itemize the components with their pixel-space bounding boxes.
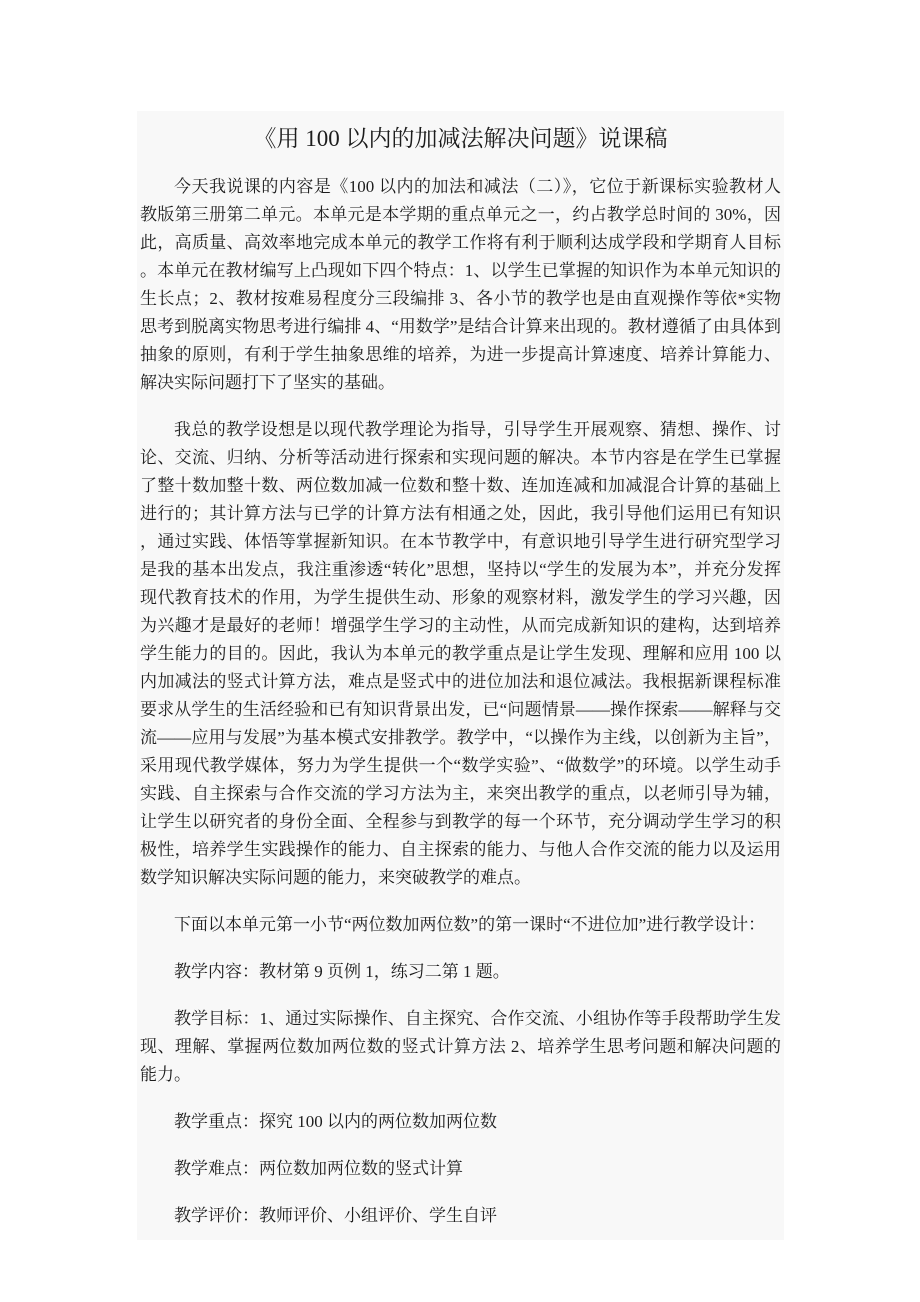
document-content-area: 《用 100 以内的加减法解决问题》说课稿 今天我说课的内容是《100 以内的加… [137,111,784,1240]
paragraph-teaching-concept: 我总的教学设想是以现代教学理论为指导，引导学生开展观察、猜想、操作、讨论、交流、… [140,416,781,892]
paragraph-lesson-design-intro: 下面以本单元第一小节“两位数加两位数”的第一课时“不进位加”进行教学设计： [140,911,781,939]
paragraph-teaching-difficulty: 教学难点：两位数加两位数的竖式计算 [140,1155,781,1183]
document-page: 《用 100 以内的加减法解决问题》说课稿 今天我说课的内容是《100 以内的加… [0,0,920,1302]
paragraph-teaching-content: 教学内容：教材第 9 页例 1，练习二第 1 题。 [140,958,781,986]
paragraph-teaching-goals: 教学目标：1、通过实际操作、自主探究、合作交流、小组协作等手段帮助学生发现、理解… [140,1005,781,1089]
document-title: 《用 100 以内的加减法解决问题》说课稿 [140,118,781,160]
paragraph-intro-unit: 今天我说课的内容是《100 以内的加法和减法（二）》，它位于新课标实验教材人教版… [140,173,781,397]
paragraph-teaching-evaluation: 教学评价：教师评价、小组评价、学生自评 [140,1202,781,1230]
paragraph-teaching-focus: 教学重点：探究 100 以内的两位数加两位数 [140,1108,781,1136]
